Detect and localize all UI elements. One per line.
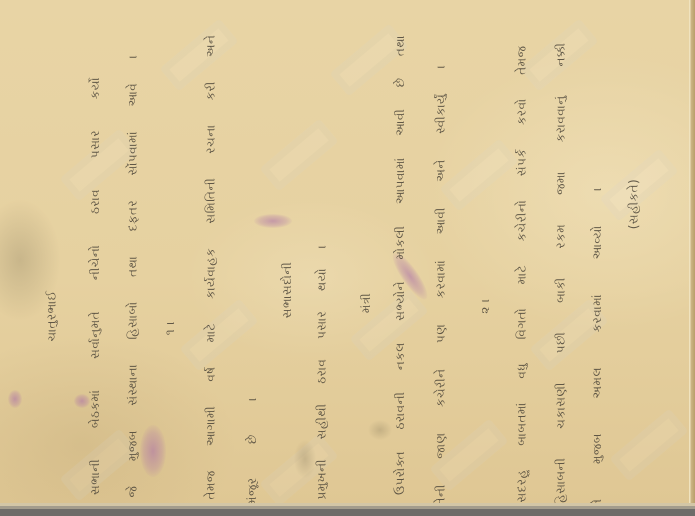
purple-ink-smudge [140, 425, 166, 477]
watermark [179, 298, 258, 371]
purple-ink-smudge [8, 390, 22, 408]
handwritten-line: તેની જાણ કચેરીને પણ કરવામાં આવી અને સ્વી… [433, 65, 449, 506]
page-right-edge [689, 0, 695, 509]
handwritten-line: તે મુજબ અમલ કરવામાં આવ્યો । [589, 187, 605, 507]
watermark [259, 118, 338, 191]
section-marker: ૨ । [477, 290, 493, 322]
watermark [159, 18, 238, 91]
watermark [439, 138, 518, 211]
paper-stain [368, 420, 392, 440]
handwritten-centered-word: સભાસદોની [279, 238, 295, 342]
handwritten-line: તેમજ આગામી વર્ષ માટે કાર્યવાહક સમિતિની ર… [203, 35, 219, 500]
watermark [609, 408, 688, 481]
scanner-bottom-strip [0, 509, 695, 516]
handwritten-line: જે મુજબ સંસ્થાના હિસાબો તથા દફતર સોંપવામ… [125, 55, 141, 498]
handwritten-line: સભાની બેઠકમાં સર્વાનુમતે નીચેનો ઠરાવ પસા… [87, 77, 103, 495]
handwritten-line: હિસાબની ચકાસણી પછી બાકી રકમ જમા કરાવવાનુ… [553, 43, 569, 506]
purple-ink-smudge [254, 214, 292, 228]
handwritten-centered-word: મંત્રી [358, 276, 374, 330]
handwritten-line: મંજૂર છે । [244, 397, 260, 505]
paper-page: ચાતુરભાઈ સભાની બેઠકમાં સર્વાનુમતે નીચેનો… [0, 0, 690, 505]
section-marker: ૧ । [162, 314, 178, 342]
handwritten-line: સદરહુ બાબતમાં વધુ વિગતો માટે કચેરીનો સંપ… [514, 46, 530, 503]
signature-heading: (સહીકતે) [626, 163, 642, 246]
document-photo: ચાતુરભાઈ સભાની બેઠકમાં સર્વાનુમતે નીચેનો… [0, 0, 695, 516]
handwritten-line: પ્રમુખની સહીથી ઠરાવ પસાર થયો । [314, 245, 330, 500]
handwritten-title: ચાતુરભાઈ [44, 268, 60, 365]
handwritten-line: ઉપરોક્ત ઠરાવની નકલ સભ્યોને મોકલી આપવામાં… [392, 35, 408, 495]
